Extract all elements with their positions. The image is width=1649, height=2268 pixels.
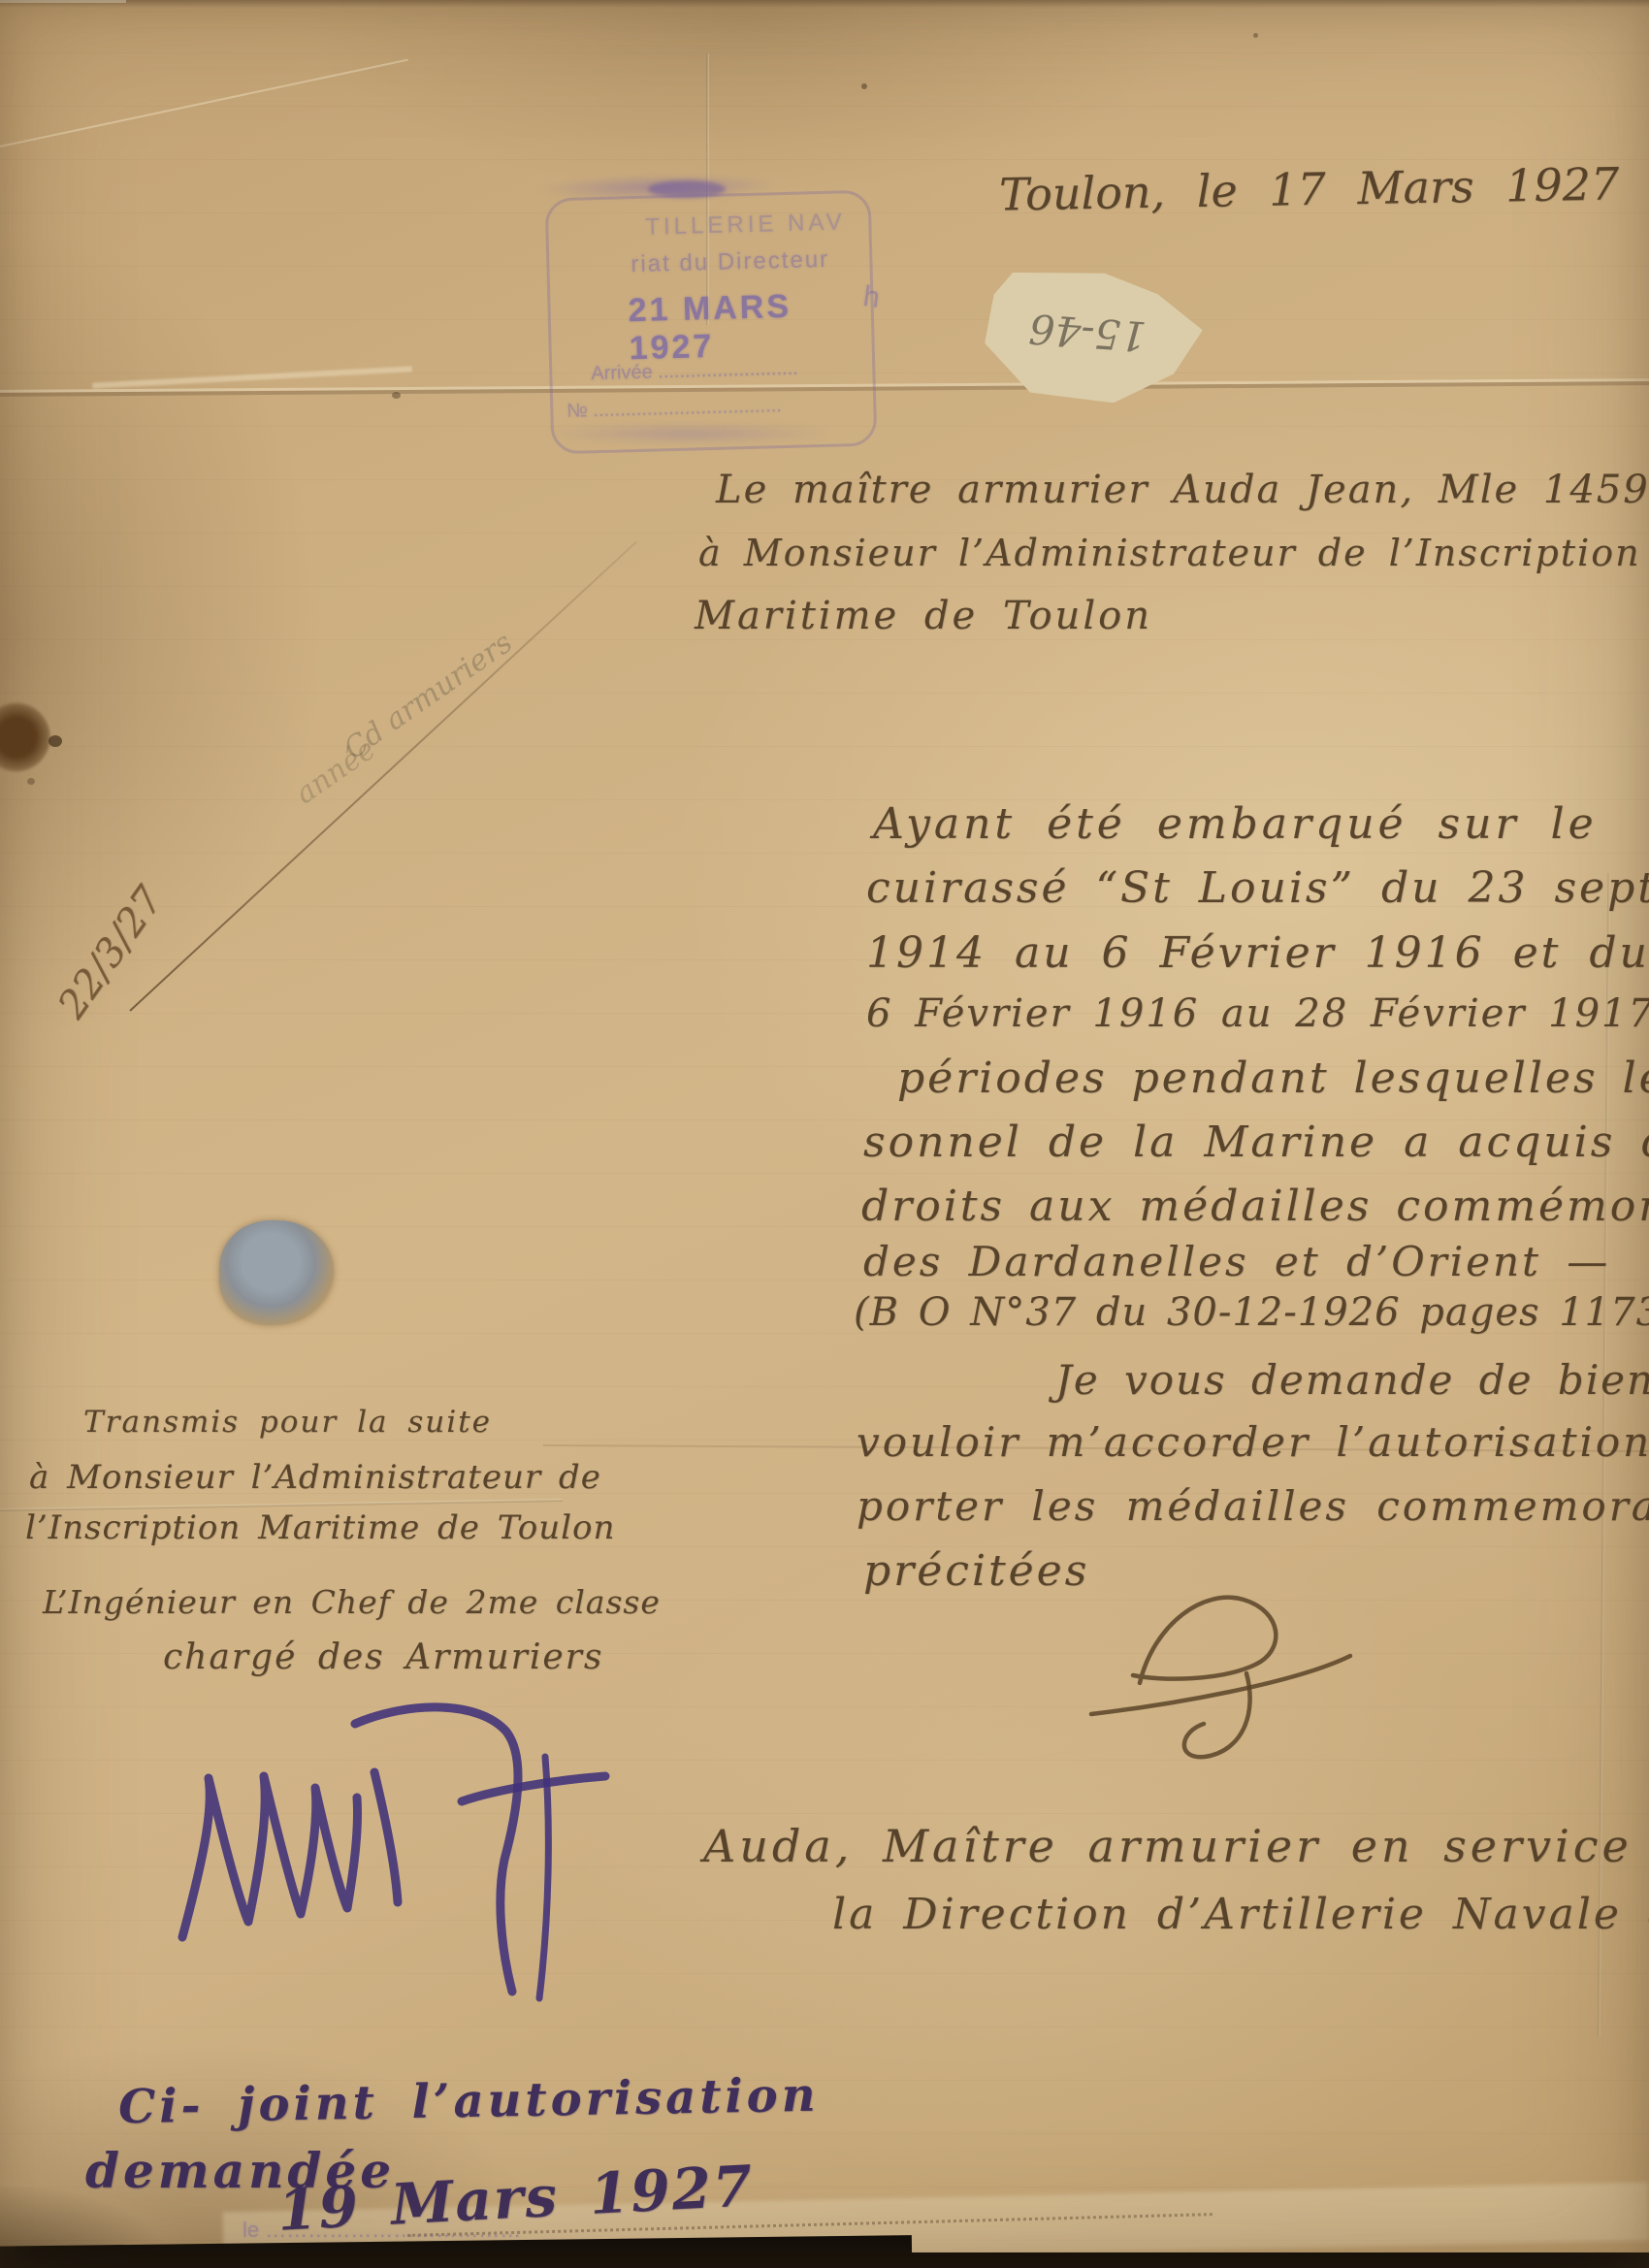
- body-line: périodes pendant lesquelles le per: [897, 1053, 1649, 1103]
- stamp-side-mark: h: [861, 280, 882, 315]
- closing-line-2: la Direction d’Artillerie Navale de Toul…: [832, 1890, 1649, 1939]
- paper-speck: [392, 392, 401, 399]
- arrival-stamp-header: TILLERIE NAV: [645, 209, 846, 241]
- body-line: 1914 au 6 Février 1916 et du: [866, 928, 1649, 978]
- body-line: droits aux médailles commémorativ: [861, 1182, 1649, 1231]
- forwarding-line-1: Transmis pour la suite: [83, 1405, 492, 1440]
- forwarding-line-4: L’Ingénieur en Chef de 2me classe: [43, 1583, 661, 1621]
- forwarding-line-2: à Monsieur l’Administrateur de: [29, 1458, 601, 1497]
- bottom-left-corner-shadow: [0, 2187, 165, 2268]
- recipient-line-2: à Monsieur l’Administrateur de l’Inscrip…: [698, 532, 1641, 574]
- body-line: porter les médailles commemorativ: [857, 1482, 1649, 1530]
- arrival-stamp-subheader: riat du Directeur: [630, 246, 829, 278]
- paper-speck: [861, 83, 867, 89]
- body-line: vouloir m’accorder l’autorisation de: [857, 1418, 1649, 1466]
- top-edge-white-sliver: [0, 0, 126, 3]
- arrival-stamp-number-line: № ...................................: [566, 395, 782, 423]
- margin-date-note: 22/3/27: [49, 878, 172, 1026]
- arrival-stamp-date: 21 MARS 1927: [628, 286, 872, 369]
- dateline: Toulon, le 17 Mars 1927: [999, 157, 1620, 220]
- crease-top-ridge-highlight: [92, 366, 412, 388]
- paper-speck: [27, 778, 35, 785]
- body-line: cuirassé “St Louis” du 23 septembre: [866, 863, 1649, 913]
- auda-signature: [1048, 1567, 1368, 1770]
- arrival-stamp-arrivee-line: Arrivée ..........................: [591, 358, 798, 386]
- body-line: sonnel de la Marine a acquis des: [863, 1118, 1649, 1167]
- glued-paper-scrap: 15-46: [983, 266, 1206, 407]
- scanned-letter-page: TILLERIE NAV riat du Directeur 21 MARS 1…: [0, 0, 1649, 2268]
- bottom-note-line-1: Ci- joint l’autorisation: [118, 2068, 820, 2135]
- scrap-pencil-note: 15-46: [1027, 305, 1148, 360]
- diagonal-ink-stroke: [129, 541, 637, 1012]
- paper-speck: [1253, 33, 1258, 38]
- body-line: 6 Février 1916 au 28 Février 1917 —: [866, 991, 1649, 1036]
- footer-stamp-line-2: de l’Inscription Marit: [341, 2239, 532, 2264]
- crease-topleft-diagonal: [0, 59, 408, 147]
- paper-blob-gray: [219, 1220, 334, 1325]
- recipient-line-1: Le maître armurier Auda Jean, Mle 14596: [716, 468, 1649, 512]
- top-edge-shadow: [0, 0, 1649, 8]
- engineer-signature: [155, 1664, 640, 2013]
- body-line: Je vous demande de bien: [1055, 1356, 1649, 1404]
- recipient-line-3: Maritime de Toulon: [695, 594, 1152, 638]
- closing-line-1: Auda, Maître armurier en service à: [703, 1820, 1649, 1872]
- scan-edge-bottom: [0, 2252, 1649, 2268]
- paper-speck: [48, 735, 62, 747]
- pencil-scribble-line-2: année: [289, 732, 381, 811]
- forwarding-line-3: l’Inscription Maritime de Toulon: [25, 1508, 615, 1547]
- arrival-stamp-box: TILLERIE NAV riat du Directeur 21 MARS 1…: [545, 190, 878, 455]
- body-line: (B O N°37 du 30-12-1926 pages 1173 et 11…: [854, 1290, 1649, 1335]
- body-line: Ayant été embarqué sur le: [873, 799, 1598, 849]
- paper-stain-left-edge: [0, 702, 50, 772]
- body-line: des Dardanelles et d’Orient —: [863, 1238, 1610, 1285]
